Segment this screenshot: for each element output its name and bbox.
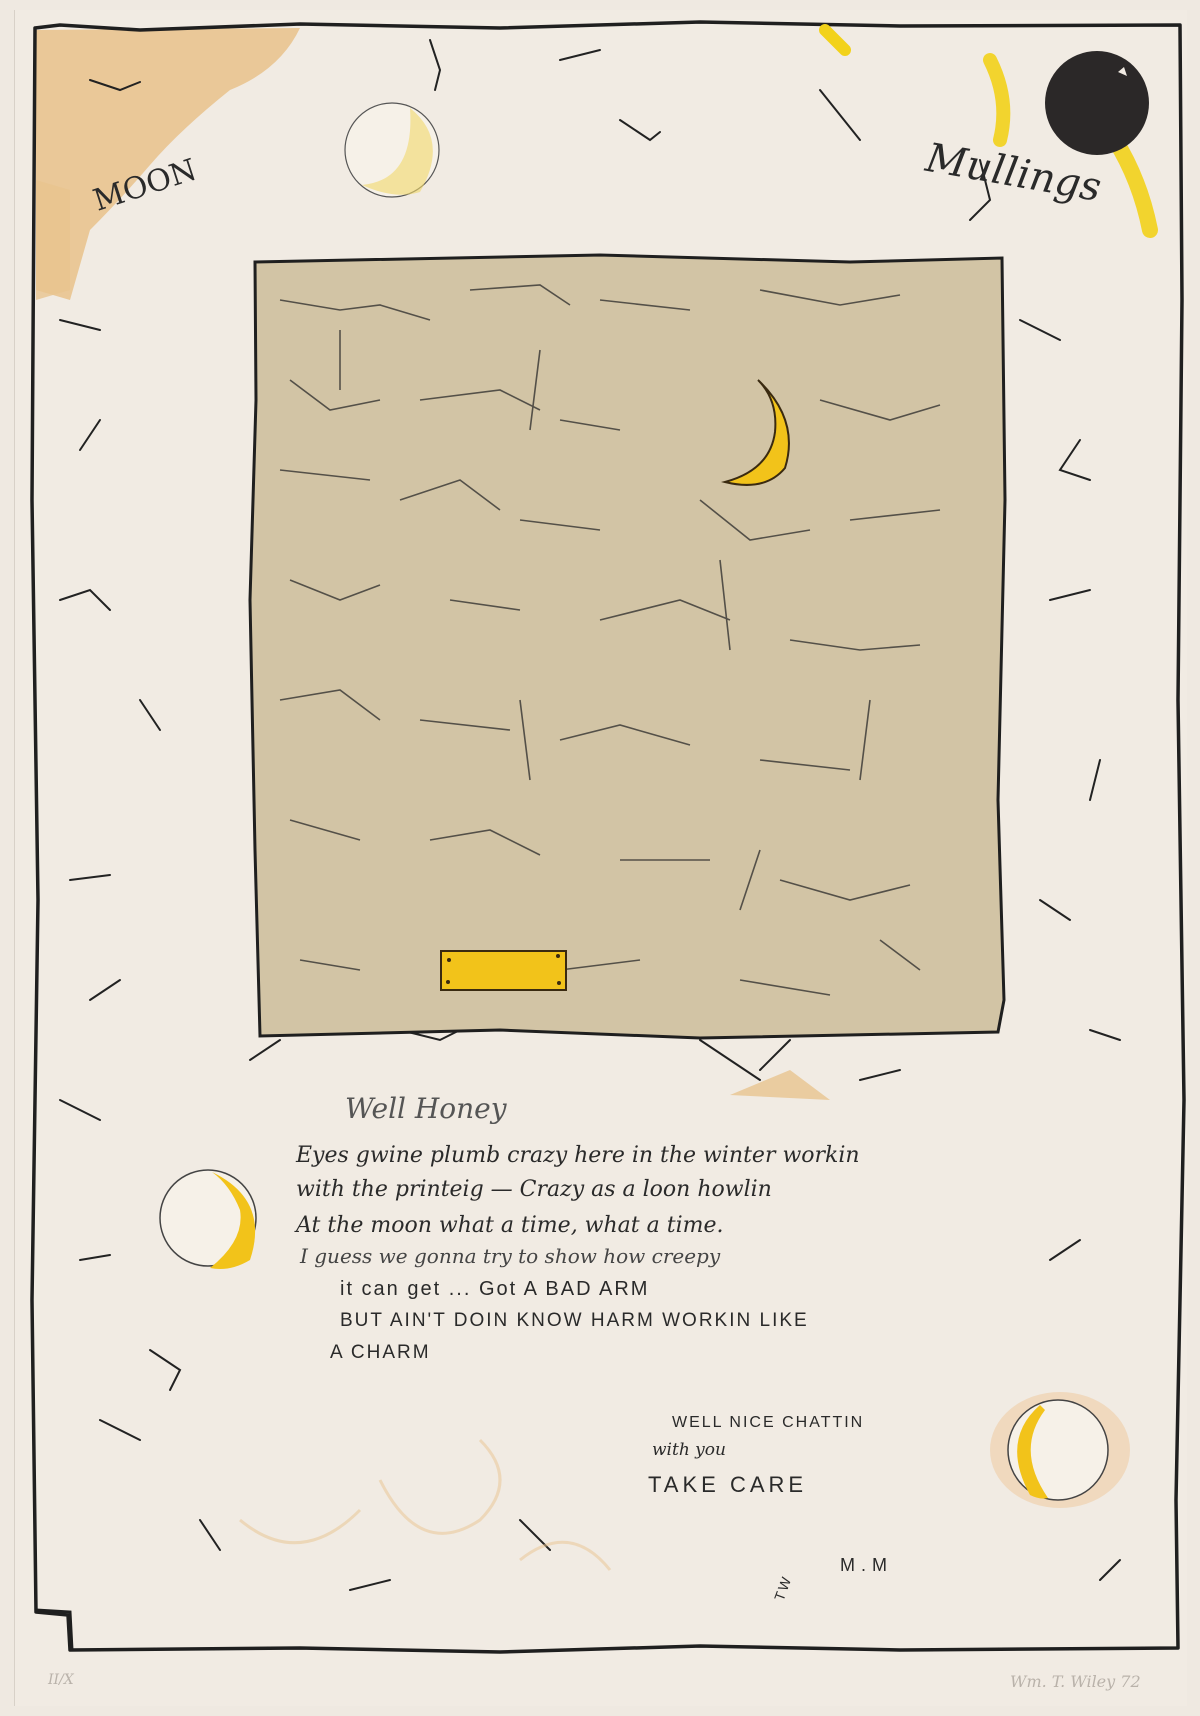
letter-line-7: A CHARM [330,1342,431,1364]
letter-line-5: it can get ... Got A BAD ARM [340,1278,649,1301]
artist-signature: Wm. T. Wiley 72 [1010,1672,1141,1691]
closing-line-2: with you [652,1440,726,1460]
closing-line-1: WELL NICE CHATTIN [672,1414,864,1432]
letter-line-1: Eyes gwine plumb crazy here in the winte… [296,1143,860,1168]
letter-line-4: I guess we gonna try to show how creepy [300,1244,720,1268]
edition-number: II/X [48,1672,74,1688]
letter-line-6: BUT AIN'T DOIN KNOW HARM WORKIN LIKE [340,1310,809,1332]
letter-line-3: At the moon what a time, what a time. [296,1213,724,1238]
letter-line-2: with the printeig — Crazy as a loon howl… [296,1177,772,1202]
initials: M.M [840,1555,893,1576]
letter-salutation: Well Honey [345,1092,507,1125]
artwork-drawing [0,0,1200,1716]
closing-line-3: TAKE CARE [648,1472,807,1498]
